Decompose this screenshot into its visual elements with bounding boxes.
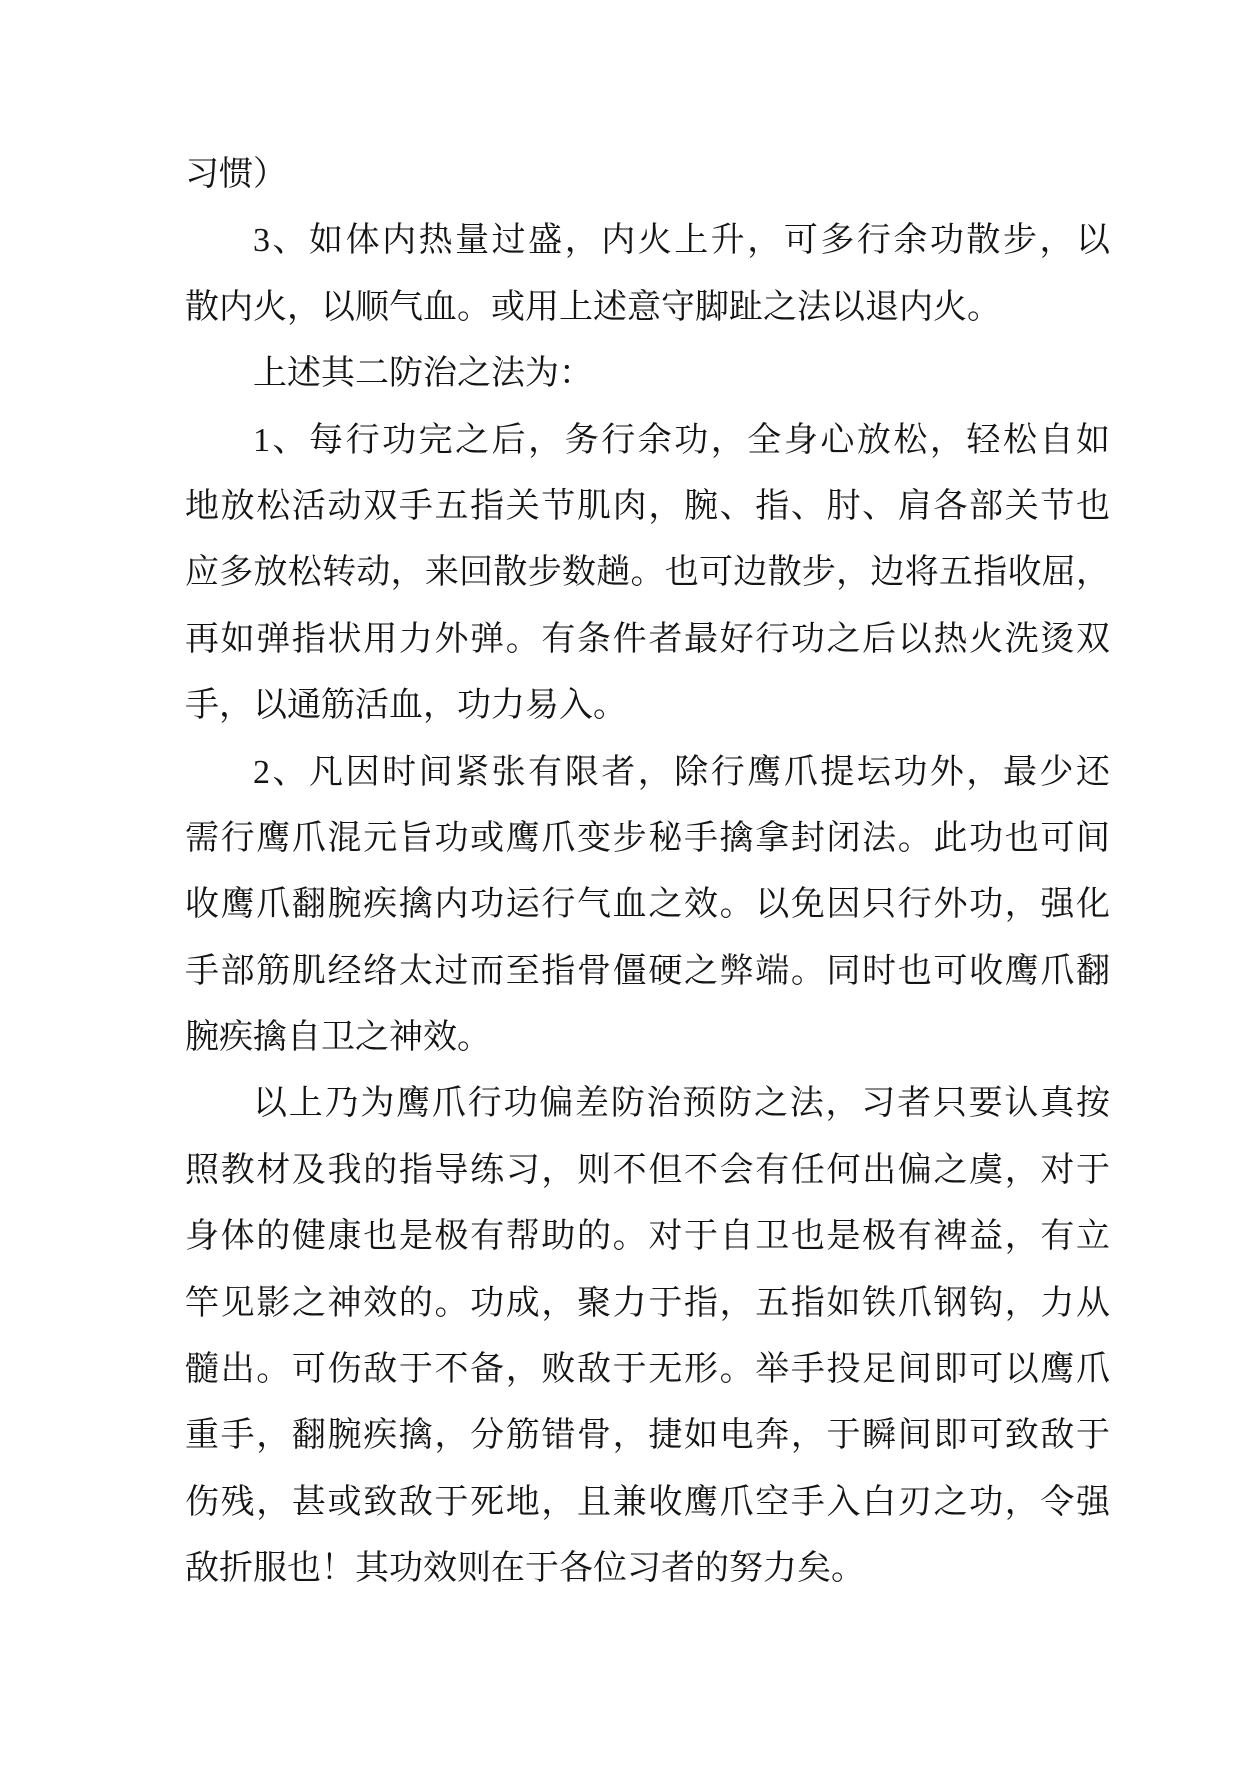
document-text: 习惯）3、如体内热量过盛，内火上升，可多行余功散步，以散内火，以顺气血。或用上述… bbox=[185, 142, 1110, 1603]
text-line: 手，以通筋活血，功力易入。 bbox=[185, 673, 1110, 739]
text-line: 以上乃为鹰爪行功偏差防治预防之法，习者只要认真按 bbox=[185, 1071, 1110, 1137]
text-line: 1、每行功完之后，务行余功，全身心放松，轻松自如 bbox=[185, 408, 1110, 474]
text-line: 身体的健康也是极有帮助的。对于自卫也是极有裨益，有立 bbox=[185, 1204, 1110, 1270]
text-line: 照教材及我的指导练习，则不但不会有任何出偏之虞，对于 bbox=[185, 1138, 1110, 1204]
text-line: 重手，翻腕疾擒，分筋错骨，捷如电奔，于瞬间即可致敌于 bbox=[185, 1403, 1110, 1469]
text-line: 散内火，以顺气血。或用上述意守脚趾之法以退内火。 bbox=[185, 275, 1110, 341]
text-line: 地放松活动双手五指关节肌肉，腕、指、肘、肩各部关节也 bbox=[185, 474, 1110, 540]
text-line: 腕疾擒自卫之神效。 bbox=[185, 1005, 1110, 1071]
text-line: 髓出。可伤敌于不备，败敌于无形。举手投足间即可以鹰爪 bbox=[185, 1337, 1110, 1403]
text-line: 3、如体内热量过盛，内火上升，可多行余功散步，以 bbox=[185, 208, 1110, 274]
document-page: 习惯）3、如体内热量过盛，内火上升，可多行余功散步，以散内火，以顺气血。或用上述… bbox=[0, 0, 1256, 1784]
text-line: 再如弹指状用力外弹。有条件者最好行功之后以热火洗烫双 bbox=[185, 607, 1110, 673]
text-line: 上述其二防治之法为： bbox=[185, 341, 1110, 407]
text-line: 手部筋肌经络太过而至指骨僵硬之弊端。同时也可收鹰爪翻 bbox=[185, 939, 1110, 1005]
text-line: 2、凡因时间紧张有限者，除行鹰爪提坛功外，最少还 bbox=[185, 740, 1110, 806]
text-line: 伤残，甚或致敌于死地，且兼收鹰爪空手入白刃之功，令强 bbox=[185, 1470, 1110, 1536]
text-line: 竿见影之神效的。功成，聚力于指，五指如铁爪钢钩，力从 bbox=[185, 1271, 1110, 1337]
text-line: 需行鹰爪混元旨功或鹰爪变步秘手擒拿封闭法。此功也可间 bbox=[185, 806, 1110, 872]
text-line: 应多放松转动，来回散步数趟。也可边散步，边将五指收屈， bbox=[185, 540, 1110, 606]
text-line: 收鹰爪翻腕疾擒内功运行气血之效。以免因只行外功，强化 bbox=[185, 872, 1110, 938]
text-line: 敌折服也！其功效则在于各位习者的努力矣。 bbox=[185, 1536, 1110, 1602]
text-line: 习惯） bbox=[185, 142, 1110, 208]
